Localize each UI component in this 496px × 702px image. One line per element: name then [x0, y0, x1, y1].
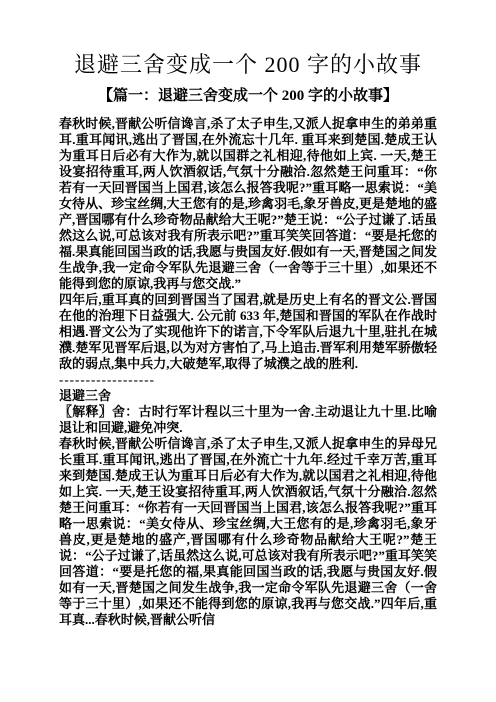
page-subtitle: 【篇一：退避三舍变成一个 200 字的小故事】 — [30, 87, 466, 105]
story-paragraph-3: 春秋时候,晋献公听信谗言,杀了太子申生,又派人捉拿申生的异母兄长重耳.重耳闻讯,… — [59, 436, 437, 628]
story-paragraph-1: 春秋时候,晋献公听信谗言,杀了太子申生,又派人捉拿申生的弟弟重耳.重耳闻讯,逃出… — [59, 116, 437, 292]
document-page: 退避三舍变成一个 200 字的小故事 【篇一：退避三舍变成一个 200 字的小故… — [0, 0, 496, 702]
dashed-separator: ------------------ — [59, 372, 437, 388]
section-heading: 退避三舍 — [59, 388, 437, 404]
explanation-paragraph: 〖解释〗舍：古时行军计程以三十里为一舍.主动退让九十里.比喻退让和回避,避免冲突… — [59, 404, 437, 436]
page-title: 退避三舍变成一个 200 字的小故事 — [30, 50, 466, 80]
story-paragraph-2: 四年后,重耳真的回到晋国当了国君,就是历史上有名的晋文公.晋国在他的治理下日益强… — [59, 292, 437, 372]
document-body: 春秋时候,晋献公听信谗言,杀了太子申生,又派人捉拿申生的弟弟重耳.重耳闻讯,逃出… — [59, 116, 437, 628]
